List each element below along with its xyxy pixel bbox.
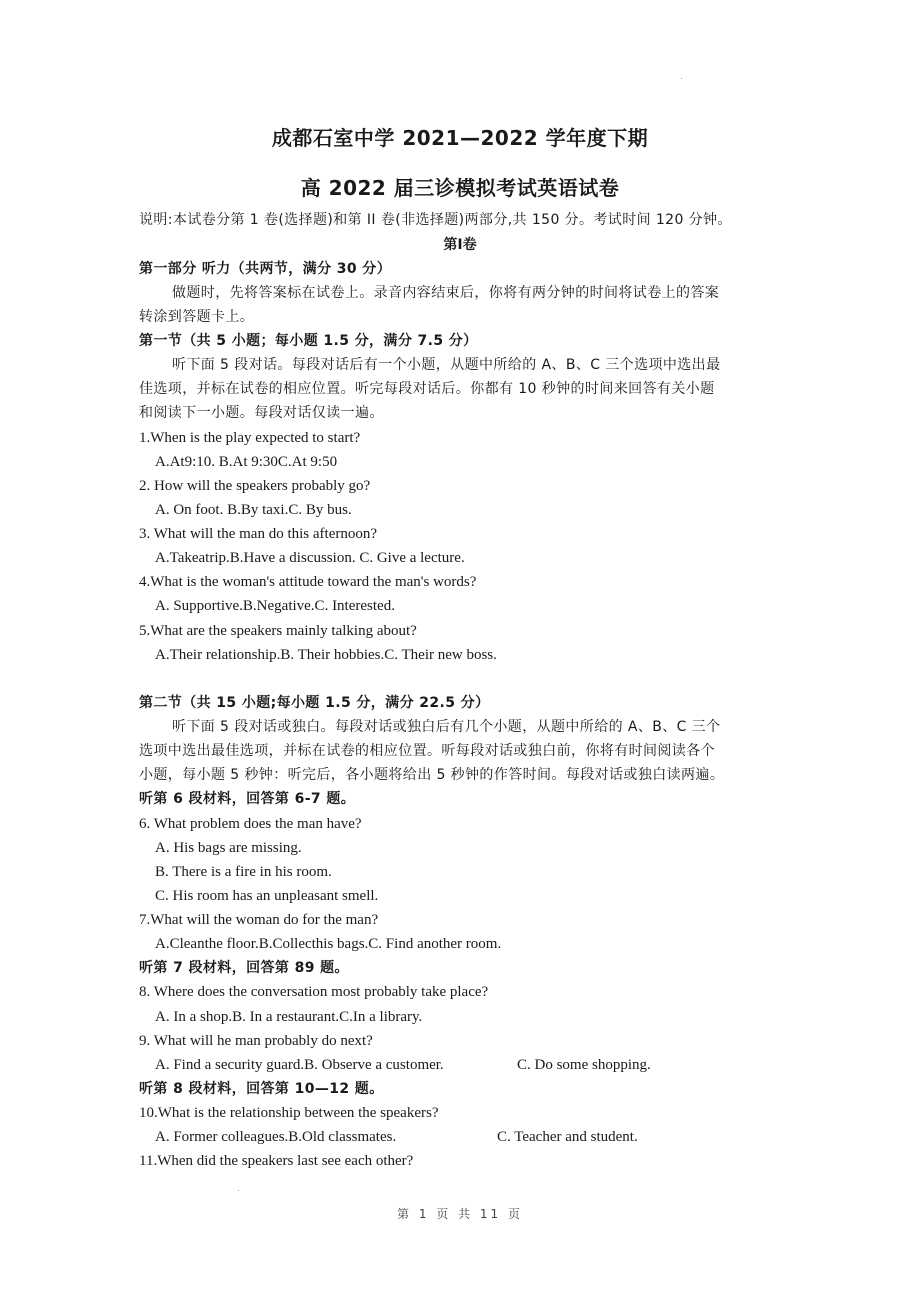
section1-instruction: 佳选项，并标在试卷的相应位置。听完每段对话后。你都有 10 秒钟的时间来回答有关… bbox=[139, 377, 715, 401]
question-9: 9. What will he man probably do next? bbox=[139, 1029, 373, 1053]
section1-instruction: 和阅读下一小题。每段对话仅读一遍。 bbox=[139, 401, 384, 425]
question-3-options: A.Takeatrip.B.Have a discussion. C. Give… bbox=[155, 546, 465, 570]
question-6-option-b: B. There is a fire in his room. bbox=[155, 860, 332, 884]
question-9-option-c: C. Do some shopping. bbox=[517, 1053, 651, 1077]
question-8-options: A. In a shop.B. In a restaurant.C.In a l… bbox=[155, 1005, 422, 1029]
scan-speck bbox=[681, 78, 682, 79]
question-9-options-ab: A. Find a security guard.B. Observe a cu… bbox=[155, 1053, 444, 1077]
section2-instruction: 小题，每小题 5 秒钟：听完后，各小题将给出 5 秒钟的作答时间。每段对话或独白… bbox=[139, 763, 724, 787]
section2-heading: 第二节（共 15 小题;每小题 1.5 分，满分 22.5 分） bbox=[139, 691, 489, 715]
question-6-option-c: C. His room has an unpleasant smell. bbox=[155, 884, 378, 908]
page-indicator: 第 1 页 共 11 页 bbox=[0, 1205, 920, 1222]
question-3: 3. What will the man do this afternoon? bbox=[139, 522, 377, 546]
question-2: 2. How will the speakers probably go? bbox=[139, 474, 370, 498]
material6-heading: 听第 6 段材料，回答第 6-7 题。 bbox=[139, 787, 355, 811]
part1-instruction: 做题时，先将答案标在试卷上。录音内容结束后，你将有两分钟的时间将试卷上的答案 bbox=[172, 281, 719, 305]
question-1: 1.When is the play expected to start? bbox=[139, 426, 360, 450]
part1-instruction: 转涂到答题卡上。 bbox=[139, 305, 254, 329]
question-7-options: A.Cleanthe floor.B.Collecthis bags.C. Fi… bbox=[155, 932, 501, 956]
question-6: 6. What problem does the man have? bbox=[139, 812, 362, 836]
section2-instruction: 听下面 5 段对话或独白。每段对话或独白后有几个小题，从题中所给的 A、B、C … bbox=[172, 715, 720, 739]
question-7: 7.What will the woman do for the man? bbox=[139, 908, 378, 932]
question-11: 11.When did the speakers last see each o… bbox=[139, 1149, 413, 1173]
section1-heading: 第一节（共 5 小题；每小题 1.5 分，满分 7.5 分） bbox=[139, 329, 478, 353]
question-8: 8. Where does the conversation most prob… bbox=[139, 980, 488, 1004]
page-title: 成都石室中学 2021—2022 学年度下期 bbox=[0, 122, 920, 151]
volume-label: 第Ⅰ卷 bbox=[0, 234, 920, 254]
section2-instruction: 选项中选出最佳选项，并标在试卷的相应位置。听每段对话或独白前，你将有时间阅读各个 bbox=[139, 739, 715, 763]
scan-speck bbox=[238, 1190, 239, 1191]
question-10-options-ab: A. Former colleagues.B.Old classmates. bbox=[155, 1125, 396, 1149]
question-5: 5.What are the speakers mainly talking a… bbox=[139, 619, 417, 643]
exam-page: 成都石室中学 2021—2022 学年度下期 高 2022 届三诊模拟考试英语试… bbox=[0, 0, 920, 1302]
question-10: 10.What is the relationship between the … bbox=[139, 1101, 438, 1125]
exam-note: 说明:本试卷分第 1 卷(选择题)和第 II 卷(非选择题)两部分,共 150 … bbox=[139, 208, 732, 232]
question-10-option-c: C. Teacher and student. bbox=[497, 1125, 638, 1149]
part1-heading: 第一部分 听力（共两节，满分 30 分） bbox=[139, 257, 391, 281]
question-2-options: A. On foot. B.By taxi.C. By bus. bbox=[155, 498, 352, 522]
material8-heading: 听第 8 段材料，回答第 10—12 题。 bbox=[139, 1077, 384, 1101]
question-4-options: A. Supportive.B.Negative.C. Interested. bbox=[155, 594, 395, 618]
page-subtitle: 高 2022 届三诊模拟考试英语试卷 bbox=[0, 172, 920, 201]
question-4: 4.What is the woman's attitude toward th… bbox=[139, 570, 476, 594]
question-1-options: A.At9:10. B.At 9:30C.At 9:50 bbox=[155, 450, 337, 474]
question-6-option-a: A. His bags are missing. bbox=[155, 836, 302, 860]
material7-heading: 听第 7 段材料，回答第 89 题。 bbox=[139, 956, 349, 980]
section1-instruction: 听下面 5 段对话。每段对话后有一个小题，从题中所给的 A、B、C 三个选项中选… bbox=[172, 353, 720, 377]
question-5-options: A.Their relationship.B. Their hobbies.C.… bbox=[155, 643, 497, 667]
